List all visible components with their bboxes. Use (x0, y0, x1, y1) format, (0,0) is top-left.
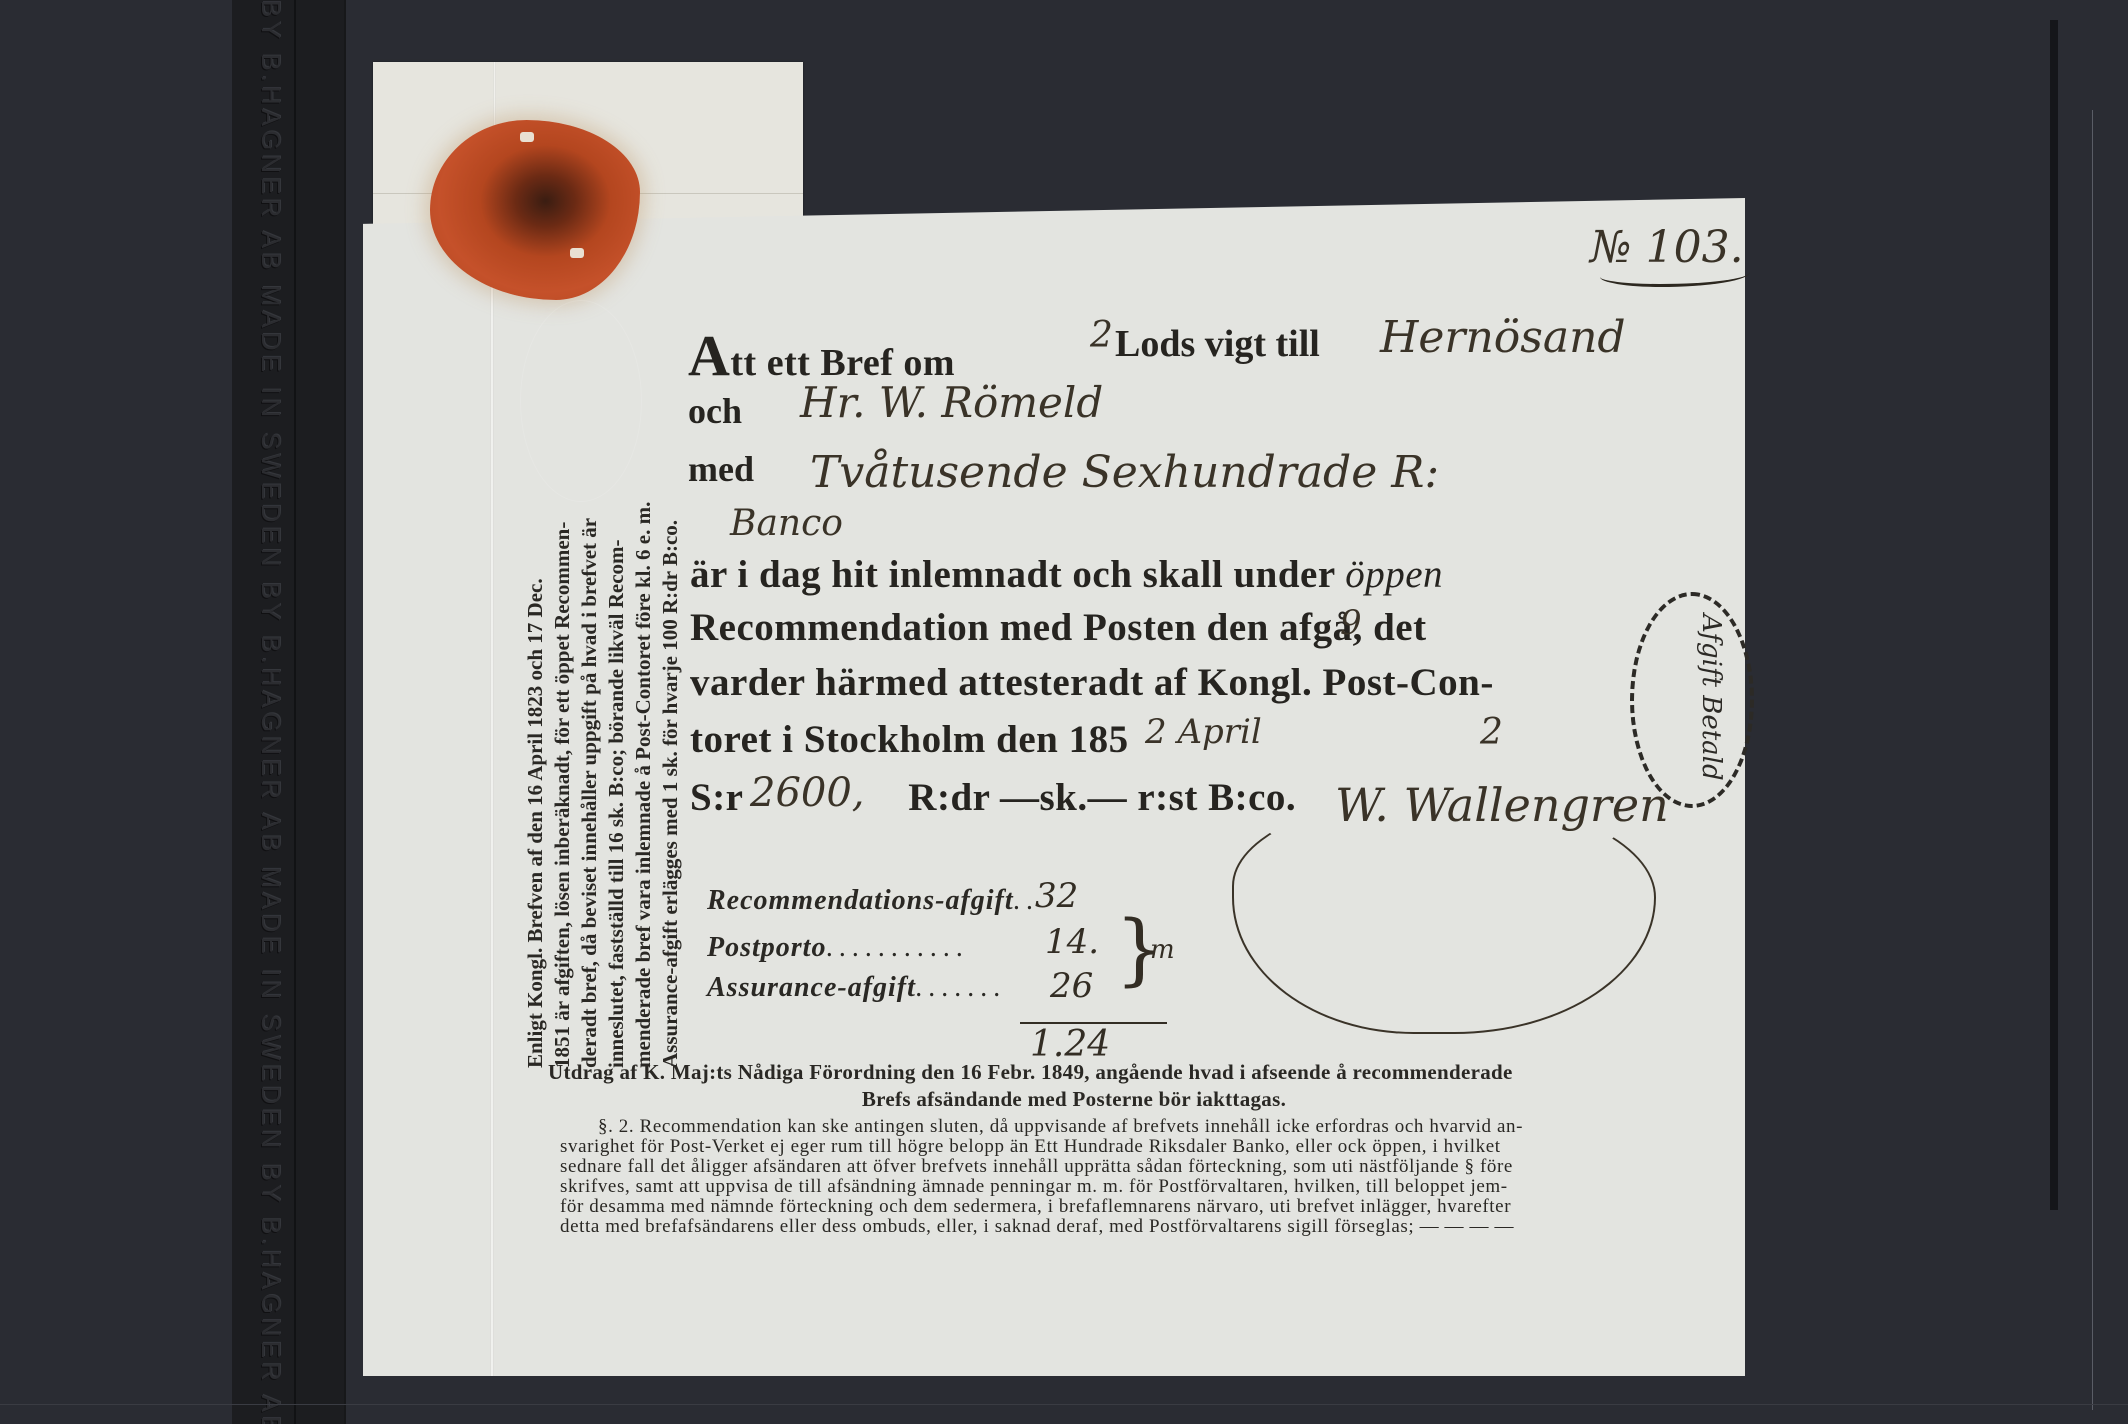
body-line-1-text: är i dag hit inlemnadt och skall under (690, 553, 1335, 596)
handwritten-post-day: 9 (1340, 603, 1362, 643)
handwritten-destination: Hernösand (1380, 312, 1626, 363)
printed-body-line-4: toret i Stockholm den 185 (690, 717, 1129, 762)
extract-paragraph: §. 2. Recommendation kan ske antingen sl… (560, 1117, 1605, 1237)
album-mount-rail (2050, 20, 2058, 1210)
side-note-line: inneslutet, fastställd till 16 sk. B:co;… (603, 548, 630, 1068)
fee-dots: ....... (916, 972, 1007, 1003)
fee-label: Recommendations-afgift (707, 885, 1014, 916)
handwritten-year-digit: 2 (1480, 712, 1503, 753)
fee-row-postporto: Postporto........... (707, 932, 969, 964)
extract-line: svarighet för Post-Verket ej eger rum ti… (560, 1137, 1605, 1157)
side-regulation-note: Enligt Kongl. Brefven af den 16 April 18… (522, 548, 712, 1068)
printed-och: och (688, 390, 742, 432)
side-note-line: deradt bref, då beviset innehåller uppgi… (576, 548, 603, 1068)
body-line-1-italic: öppen (1345, 553, 1443, 596)
album-emboss-text: BY B.HAGNER AB MADE IN SWEDEN BY B.HAGNE… (246, 0, 286, 1424)
extract-line: sednare fall det åligger afsändaren att … (560, 1157, 1605, 1177)
album-binding-strip: BY B.HAGNER AB MADE IN SWEDEN BY B.HAGNE… (232, 0, 346, 1424)
handwritten-recipient: Hr. W. Römeld (800, 378, 1103, 427)
extract-line: detta med brefafsändarens eller dess omb… (560, 1217, 1605, 1237)
body-line-5-currency: R:dr —sk.— r:st B:co. (908, 776, 1296, 819)
side-note-line: 1851 är afgiften, lösen inberäknadt, för… (549, 548, 576, 1068)
printed-body-line-2: Recommendation med Posten den afgå, det (690, 605, 1427, 650)
printed-lods-label: Lods vigt till (1115, 322, 1320, 366)
fee-value-recommendation: 32 (1035, 876, 1078, 916)
embossed-watermark-stamp (520, 300, 642, 502)
fee-value-assurance: 26 (1050, 966, 1093, 1006)
wax-chip (570, 248, 584, 258)
extract-line: skrifves, samt att uppvisa de till afsän… (560, 1177, 1605, 1197)
album-hairline (2092, 110, 2093, 1410)
fee-value-postporto: 14. (1045, 922, 1099, 962)
side-note-line: Enligt Kongl. Brefven af den 16 April 18… (522, 548, 549, 1068)
fee-label: Postporto (707, 932, 826, 963)
fee-total: 1.24 (1030, 1024, 1110, 1065)
handwritten-amount-words: Tvåtusende Sexhundrade R: (810, 447, 1439, 498)
handwritten-weight: 2 (1090, 315, 1113, 356)
fee-label: Assurance-afgift (707, 972, 916, 1003)
extract-heading-line-2: Brefs afsändande med Posterne bör iaktta… (548, 1087, 1600, 1112)
printed-body-line-3: varder härmed attesteradt af Kongl. Post… (690, 660, 1494, 705)
album-groove (294, 0, 296, 1424)
wax-chip (520, 132, 534, 142)
printed-body-line-1: är i dag hit inlemnadt och skall under ö… (690, 552, 1443, 597)
fee-row-assurance: Assurance-afgift....... (707, 972, 1007, 1004)
printed-med: med (688, 448, 754, 490)
handwritten-date: 2 April (1145, 712, 1262, 752)
side-note-line: menderade bref vara inlemnade å Post-Con… (630, 548, 657, 1068)
handwritten-sum: 2600, (750, 770, 865, 816)
handwritten-banco: Banco (730, 503, 843, 544)
side-note-line: Assurance-afgift erlägges med 1 sk. för … (657, 548, 684, 1068)
oval-stamp-text: Afgift Betald (1656, 614, 1726, 784)
fee-row-recommendation: Recommendations-afgift.. (707, 885, 1040, 917)
extract-heading-line-1: Utdrag af K. Maj:ts Nådiga Förordning de… (548, 1060, 1600, 1085)
album-bottom-line (0, 1404, 2128, 1405)
fee-dots: ........... (826, 932, 969, 963)
fee-brace-note: m (1150, 935, 1175, 965)
extract-line: §. 2. Recommendation kan ske antingen sl… (560, 1117, 1605, 1137)
extract-heading: Utdrag af K. Maj:ts Nådiga Förordning de… (548, 1060, 1600, 1112)
receipt-fold-vertical (490, 198, 494, 1376)
oval-paid-stamp: Afgift Betald (1630, 592, 1754, 808)
initial-capital: A (688, 323, 730, 388)
extract-line: för desamma med nämnde förteckning och d… (560, 1197, 1605, 1217)
